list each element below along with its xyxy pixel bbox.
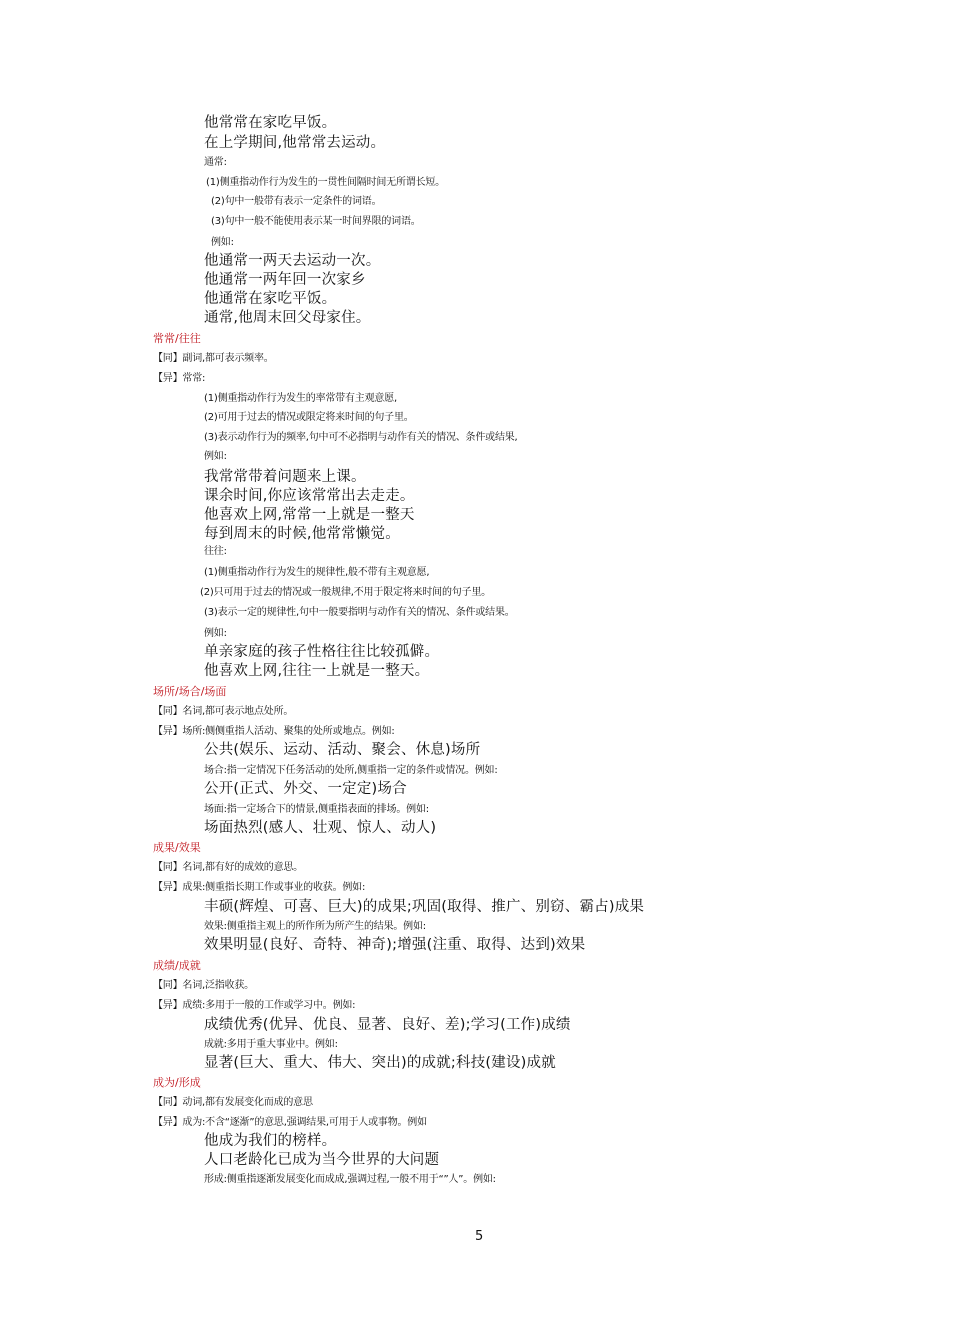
section-heading: 场所/场合/场面 [153, 686, 226, 697]
page-number: 5 [475, 1229, 483, 1244]
explanation-text: 往往: [204, 547, 227, 557]
example-sentence: 场面热烈(感人、壮观、惊人、动人) [204, 821, 436, 836]
example-sentence: 丰硕(辉煌、可喜、巨大)的成果;巩固(取得、推广、别窃、霸占)成果 [204, 900, 644, 915]
example-sentence: 他喜欢上网,常常一上就是一整天 [204, 508, 415, 523]
explanation-text: 场合:指一定情况下任务活动的处所,侧重指一定的条件或情况。例如: [204, 766, 498, 776]
explanation-text: (2)句中一般带有表示一定条件的词语。 [211, 197, 381, 207]
explanation-text: 【同】名词,都有好的成效的意思。 [153, 863, 303, 873]
explanation-text: 【同】副词,都可表示频率。 [153, 354, 274, 364]
example-sentence: 人口老龄化已成为当今世界的大问题 [204, 1153, 439, 1168]
example-sentence: 显著(巨大、重大、伟大、突出)的成就;科技(建设)成就 [204, 1056, 556, 1071]
explanation-text: 【同】名词,都可表示地点处所。 [153, 707, 293, 717]
explanation-text: 例如: [211, 238, 234, 248]
explanation-text: 成就:多用于重大事业中。例如: [204, 1040, 338, 1050]
example-sentence: 效果明显(良好、奇特、神奇);增强(注重、取得、达到)效果 [204, 938, 585, 953]
example-sentence: 他通常一两天去运动一次。 [204, 254, 380, 269]
example-sentence: 课余时间,你应该常常出去走走。 [204, 489, 415, 504]
explanation-text: 【同】名词,泛指收获。 [153, 981, 254, 991]
example-sentence: 成绩优秀(优异、优良、显著、良好、差);学习(工作)成绩 [204, 1018, 571, 1033]
example-sentence: 公共(娱乐、运动、活动、聚会、休息)场所 [204, 743, 480, 758]
explanation-text: (1)侧重指动作行为发生的规律性,般不带有主观意愿, [204, 568, 429, 578]
example-sentence: 他通常在家吃平饭。 [204, 292, 336, 307]
example-sentence: 我常常带着问题来上课。 [204, 470, 366, 485]
explanation-text: 【异】场所:侧侧重指人活动、聚集的处所或地点。例如: [153, 727, 395, 737]
explanation-text: (2)可用于过去的情况或限定将来时间的句子里。 [204, 413, 414, 423]
explanation-text: (3)句中一般不能使用表示某一时间界限的词语。 [211, 217, 421, 227]
explanation-text: (1)侧重指动作行为发生的率常带有主观意愿, [204, 394, 397, 404]
example-sentence: 他成为我们的榜样。 [204, 1134, 336, 1149]
explanation-text: (3)表示动作行为的频率,句中可不必指明与动作有关的情况、条件或结果, [204, 433, 518, 443]
explanation-text: 通常: [204, 158, 227, 168]
explanation-text: 【异】成果:侧重指长期工作或事业的收获。例如: [153, 883, 365, 893]
explanation-text: (3)表示一定的规律性,句中一般要指明与动作有关的情况、条件或结果。 [204, 608, 515, 618]
explanation-text: 场面:指一定场合下的情景,侧重指表面的排场。例如: [204, 805, 429, 815]
example-sentence: 通常,他周末回父母家住。 [204, 311, 371, 326]
explanation-text: 【异】成绩:多用于一般的工作或学习中。例如: [153, 1001, 355, 1011]
section-heading: 成绩/成就 [153, 960, 201, 971]
explanation-text: 【同】动词,都有发展变化而成的意思 [153, 1098, 313, 1108]
explanation-text: (2)只可用于过去的情况或一般规律,不用于限定将来时间的句子里。 [200, 588, 491, 598]
explanation-text: 形成:侧重指逐渐发展变化而成成,强调过程,一般不用于“”人”。例如: [204, 1175, 496, 1185]
example-sentence: 在上学期间,他常常去运动。 [204, 136, 385, 151]
explanation-text: 效果:侧重指主观上的所作所为所产生的结果。例如: [204, 922, 426, 932]
example-sentence: 他通常一两年回一次家乡 [204, 273, 366, 288]
explanation-text: 例如: [204, 452, 227, 462]
section-heading: 常常/往往 [153, 333, 201, 344]
explanation-text: 【异】常常: [153, 374, 205, 384]
example-sentence: 单亲家庭的孩子性格往往比较孤僻。 [204, 645, 439, 660]
section-heading: 成为/形成 [153, 1077, 201, 1088]
explanation-text: (1)侧重指动作行为发生的一贯性间隔时间无所谓长短。 [206, 178, 445, 188]
explanation-text: 例如: [204, 629, 227, 639]
example-sentence: 他常常在家吃早饭。 [204, 116, 336, 131]
example-sentence: 公开(正式、外交、一定定)场合 [204, 782, 407, 797]
explanation-text: 【异】成为:不含“逐渐”的意思,强调结果,可用于人或事物。例如 [153, 1118, 427, 1128]
example-sentence: 他喜欢上网,往往一上就是一整天。 [204, 664, 429, 679]
section-heading: 成果/效果 [153, 842, 201, 853]
example-sentence: 每到周末的时候,他常常懒觉。 [204, 527, 400, 542]
